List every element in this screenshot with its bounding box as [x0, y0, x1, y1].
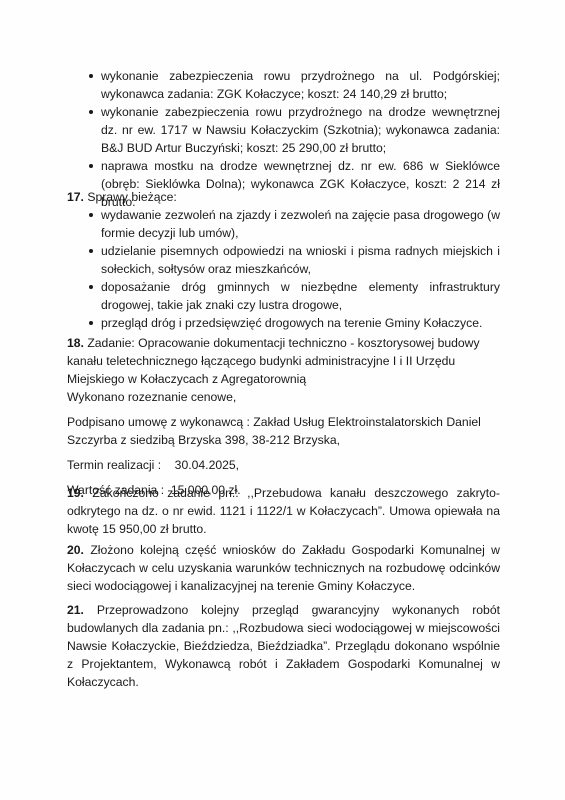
section-21: 21. Przeprowadzono kolejny przegląd gwar…	[67, 601, 500, 691]
section-20: 20. Złożono kolejną część wniosków do Za…	[67, 541, 500, 595]
section-18: 18. Zadanie: Opracowanie dokumentacji te…	[67, 334, 507, 499]
task-description: Zadanie: Opracowanie dokumentacji techni…	[67, 336, 480, 386]
section-text: Zakończono zadanie pn.: ,,Przebudowa kan…	[67, 486, 500, 536]
deadline-note: Termin realizacji : 30.04.2025,	[67, 456, 507, 474]
section-17: 17. Sprawy bieżące: wydawanie zezwoleń n…	[67, 188, 500, 332]
section-number: 19.	[67, 486, 84, 500]
section-number: 20.	[67, 543, 84, 557]
section-18-task: 18. Zadanie: Opracowanie dokumentacji te…	[67, 334, 507, 388]
list-item: przegląd dróg i przedsięwzięć drogowych …	[67, 314, 500, 332]
list-item: wykonanie zabezpieczenia rowu przydrożne…	[67, 67, 500, 103]
document-page: wykonanie zabezpieczenia rowu przydrożne…	[0, 0, 565, 800]
section-text: Złożono kolejną część wniosków do Zakład…	[67, 543, 500, 593]
list-item: udzielanie pisemnych odpowiedzi na wnios…	[67, 242, 500, 278]
section-number: 18.	[67, 336, 84, 350]
survey-note: Wykonano rozeznanie cenowe,	[67, 388, 507, 406]
list-item: wydawanie zezwoleń na zjazdy i zezwoleń …	[67, 206, 500, 242]
section-title: Sprawy bieżące:	[84, 190, 177, 204]
section-number: 17.	[67, 190, 84, 204]
contract-note: Podpisano umowę z wykonawcą : Zakład Usł…	[67, 413, 507, 449]
section-text: Przeprowadzono kolejny przegląd gwarancy…	[67, 603, 500, 689]
section-19: 19. Zakończono zadanie pn.: ,,Przebudowa…	[67, 484, 500, 538]
section-number: 21.	[67, 603, 84, 617]
list-item: doposażanie dróg gminnych w niezbędne el…	[67, 278, 500, 314]
list-item: wykonanie zabezpieczenia rowu przydrożne…	[67, 103, 500, 157]
section-17-heading: 17. Sprawy bieżące:	[67, 188, 500, 206]
